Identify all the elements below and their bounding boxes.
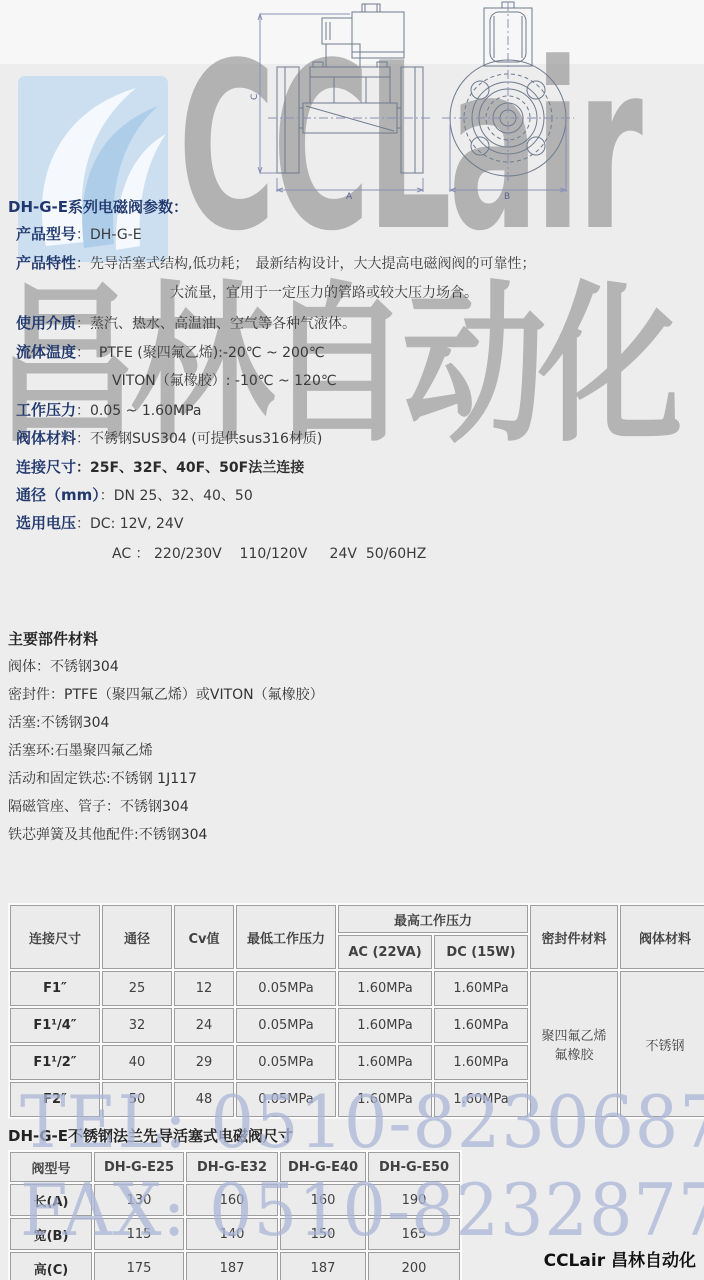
footer-brand: CCLair 昌林自动化 [544, 1246, 696, 1271]
param-value: AC ： 220/230V 110/120V 24V 50/60HZ [112, 546, 426, 562]
param-line-voltage-ac: AC ： 220/230V 110/120V 24V 50/60HZ [112, 544, 426, 564]
cell-seal-material: 聚四氟乙烯氟橡胶 [530, 971, 618, 1117]
material-item: 阀体：不锈钢304 [8, 656, 119, 676]
dim-col-header: 阀型号 [10, 1152, 92, 1182]
col-header-dc: DC (15W) [434, 935, 528, 969]
param-label: 通径（mm） [16, 486, 100, 504]
param-line-voltage: 选用电压：DC: 12V, 24V [16, 513, 183, 534]
dim-col-header: DH-G-E50 [368, 1152, 460, 1182]
param-value: ：25F、32F、40F、50F法兰连接 [76, 460, 304, 476]
dim-col-header: DH-G-E25 [94, 1152, 184, 1182]
valve-technical-drawings: C A [250, 0, 580, 200]
param-label: 使用介质 [16, 314, 76, 332]
dim-cell: 175 [94, 1252, 184, 1280]
col-header-min-pressure: 最低工作压力 [236, 905, 336, 969]
param-value: ：先导活塞式结构,低功耗； 最新结构设计，大大提高电磁阀阀的可靠性； [76, 256, 535, 272]
col-header-max-pressure: 最高工作压力 [338, 905, 528, 933]
material-item: 活塞:不锈钢304 [8, 712, 109, 732]
cell-dc: 1.60MPa [434, 1082, 528, 1117]
param-line-body-material: 阀体材料：不锈钢SUS304 (可提供sus316材质) [16, 428, 322, 449]
param-value: ：DC: 12V, 24V [76, 516, 183, 532]
param-label: 产品特性 [16, 254, 76, 272]
cell-min: 0.05MPa [236, 971, 336, 1006]
col-header-dn: 通径 [102, 905, 172, 969]
cell-cv: 12 [174, 971, 234, 1006]
param-value: ：DH-G-E [76, 227, 142, 243]
dim-cell: 200 [368, 1252, 460, 1280]
table-row: F1″ 25 12 0.05MPa 1.60MPa 1.60MPa 聚四氟乙烯氟… [10, 971, 704, 1006]
cell-dn: 25 [102, 971, 172, 1006]
dim-cell: 187 [280, 1252, 366, 1280]
brand-chinese-watermark: 昌林自动化 [0, 280, 674, 452]
valve-side-view-drawing: C A [250, 4, 432, 200]
valve-front-view-drawing: B [442, 2, 574, 200]
col-header-size: 连接尺寸 [10, 905, 100, 969]
cell-cv: 48 [174, 1082, 234, 1117]
dim-row-label: 长(A) [10, 1184, 92, 1216]
param-label: 选用电压 [16, 514, 76, 532]
dim-cell: 115 [94, 1218, 184, 1250]
param-value: ：蒸汽、热水、高温油、空气等各种气液体。 [76, 316, 356, 332]
material-item: 活塞环:石墨聚四氟乙烯 [8, 740, 153, 760]
dim-row-label: 高(C) [10, 1252, 92, 1280]
param-value: ：0.05 ~ 1.60MPa [76, 403, 201, 419]
spec-header-row: 连接尺寸 通径 Cv值 最低工作压力 最高工作压力 密封件材料 阀体材料 [10, 905, 704, 933]
dim-header-row: 阀型号 DH-G-E25 DH-G-E32 DH-G-E40 DH-G-E50 [10, 1152, 460, 1182]
cell-size: F1¹/2″ [10, 1045, 100, 1080]
dim-cell: 150 [280, 1218, 366, 1250]
material-item: 隔磁管座、管子：不锈钢304 [8, 796, 189, 816]
cell-min: 0.05MPa [236, 1008, 336, 1043]
table-row: 宽(B) 115 140 150 165 [10, 1218, 460, 1250]
param-value: VITON（氟橡胶）: -10℃ ~ 120℃ [112, 373, 337, 389]
materials-heading: 主要部件材料 [8, 628, 98, 649]
param-line-fluid-temp-cont: VITON（氟橡胶）: -10℃ ~ 120℃ [112, 371, 337, 391]
dim-cell: 160 [186, 1184, 278, 1216]
dim-cell: 190 [368, 1184, 460, 1216]
material-item: 密封件：PTFE（聚四氟乙烯）或VITON（氟橡胶） [8, 684, 324, 704]
cell-dc: 1.60MPa [434, 971, 528, 1006]
cell-ac: 1.60MPa [338, 1082, 432, 1117]
table-row: 高(C) 175 187 187 200 [10, 1252, 460, 1280]
param-label: 工作压力 [16, 401, 76, 419]
col-header-seal: 密封件材料 [530, 905, 618, 969]
param-label: 连接尺寸 [16, 458, 76, 476]
seal-material-line1: 聚四氟乙烯 [533, 1025, 615, 1044]
datasheet-page: CCLair 昌林自动化 TEL: 0510-82306871 FAX: 051… [0, 0, 704, 1280]
param-line-media: 使用介质：蒸汽、热水、高温油、空气等各种气液体。 [16, 313, 356, 334]
cell-dn: 50 [102, 1082, 172, 1117]
param-line-fluid-temp: 流体温度： PTFE (聚四氟乙烯):-20℃ ~ 200℃ [16, 342, 325, 363]
cell-cv: 29 [174, 1045, 234, 1080]
dim-cell: 130 [94, 1184, 184, 1216]
dimensions-heading: DH-G-E不锈钢法兰先导活塞式电磁阀尺寸 [8, 1125, 293, 1146]
dim-col-header: DH-G-E32 [186, 1152, 278, 1182]
dimensions-table: 阀型号 DH-G-E25 DH-G-E32 DH-G-E40 DH-G-E50 … [8, 1150, 462, 1280]
params-heading: DH-G-E系列电磁阀参数： [8, 196, 188, 217]
cell-dn: 32 [102, 1008, 172, 1043]
dim-cell: 165 [368, 1218, 460, 1250]
cell-cv: 24 [174, 1008, 234, 1043]
cell-size: F1¹/4″ [10, 1008, 100, 1043]
table-row: 长(A) 130 160 160 190 [10, 1184, 460, 1216]
cell-dc: 1.60MPa [434, 1008, 528, 1043]
param-value: ：不锈钢SUS304 (可提供sus316材质) [76, 431, 322, 447]
cell-body-material: 不锈钢 [620, 971, 704, 1117]
dim-row-label: 宽(B) [10, 1218, 92, 1250]
dim-col-header: DH-G-E40 [280, 1152, 366, 1182]
param-line-features-cont: 大流量，宜用于一定压力的管路或较大压力场合。 [170, 283, 478, 303]
param-label: 流体温度 [16, 343, 76, 361]
dim-cell: 187 [186, 1252, 278, 1280]
param-value: ： PTFE (聚四氟乙烯):-20℃ ~ 200℃ [76, 345, 325, 361]
param-value: ：DN 25、32、40、50 [100, 488, 253, 504]
param-line-features: 产品特性：先导活塞式结构,低功耗； 最新结构设计，大大提高电磁阀阀的可靠性； [16, 253, 535, 274]
cell-ac: 1.60MPa [338, 971, 432, 1006]
material-item: 铁芯弹簧及其他配件:不锈钢304 [8, 824, 207, 844]
param-label: 产品型号 [16, 225, 76, 243]
col-header-cv: Cv值 [174, 905, 234, 969]
dim-label-a: A [346, 192, 353, 200]
cell-min: 0.05MPa [236, 1082, 336, 1117]
col-header-ac: AC (22VA) [338, 935, 432, 969]
spec-table: 连接尺寸 通径 Cv值 最低工作压力 最高工作压力 密封件材料 阀体材料 AC … [8, 903, 704, 1119]
cell-ac: 1.60MPa [338, 1045, 432, 1080]
col-header-body: 阀体材料 [620, 905, 704, 969]
cell-size: F1″ [10, 971, 100, 1006]
dim-label-b: B [504, 192, 510, 200]
cell-ac: 1.60MPa [338, 1008, 432, 1043]
param-value: 大流量，宜用于一定压力的管路或较大压力场合。 [170, 285, 478, 301]
dim-cell: 160 [280, 1184, 366, 1216]
cell-size: F2″ [10, 1082, 100, 1117]
cell-min: 0.05MPa [236, 1045, 336, 1080]
param-line-model: 产品型号：DH-G-E [16, 224, 142, 245]
param-line-connection: 连接尺寸：25F、32F、40F、50F法兰连接 [16, 457, 304, 478]
dim-label-c: C [250, 94, 260, 100]
material-item: 活动和固定铁芯:不锈钢 1J117 [8, 768, 197, 788]
cell-dn: 40 [102, 1045, 172, 1080]
dim-cell: 140 [186, 1218, 278, 1250]
param-line-working-pressure: 工作压力：0.05 ~ 1.60MPa [16, 400, 201, 421]
param-label: 阀体材料 [16, 429, 76, 447]
param-line-diameter: 通径（mm）：DN 25、32、40、50 [16, 485, 253, 506]
seal-material-line2: 氟橡胶 [533, 1044, 615, 1063]
cell-dc: 1.60MPa [434, 1045, 528, 1080]
